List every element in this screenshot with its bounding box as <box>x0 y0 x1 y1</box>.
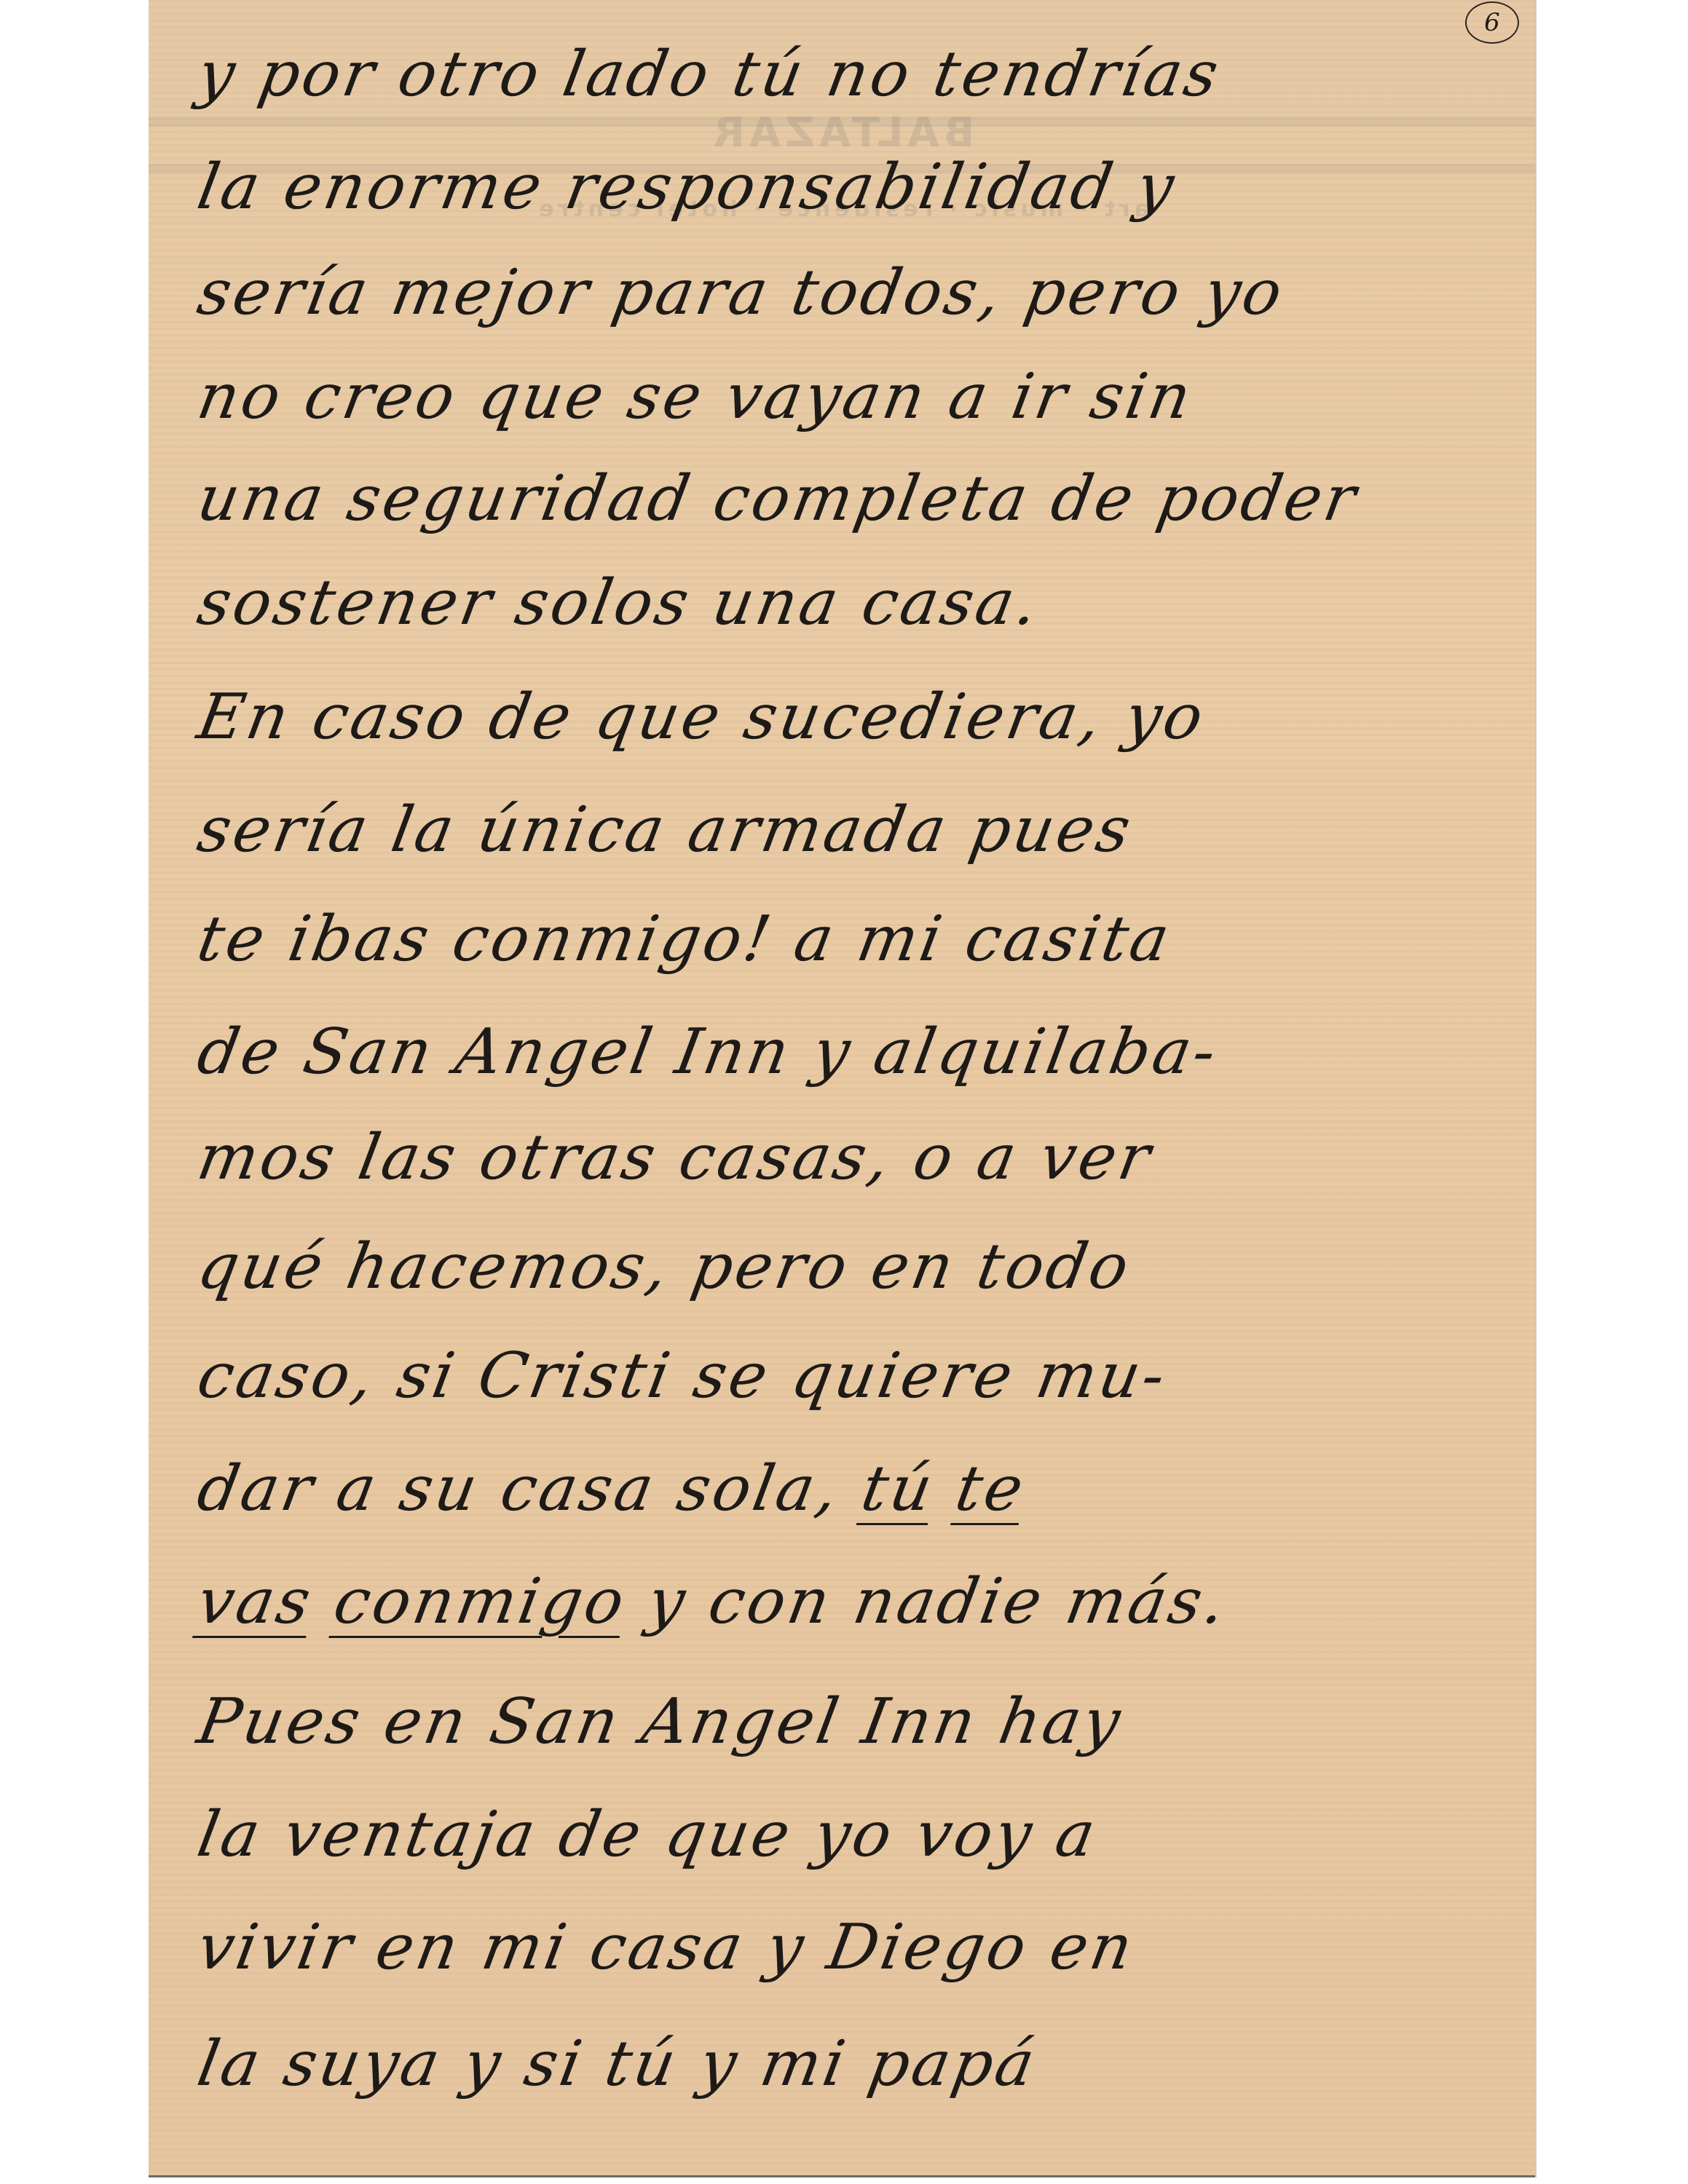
text-segment: y con nadie más. <box>620 1565 1234 1638</box>
text-line: de San Angel Inn y alquilaba- <box>192 1016 1224 1088</box>
text-line: qué hacemos, pero en todo <box>192 1230 1137 1303</box>
handwritten-text: y por otro lado tú no tendrías la enorme… <box>149 0 1535 2175</box>
text-line: una seguridad completa de poder <box>192 462 1364 535</box>
underlined-word: vas <box>192 1565 319 1638</box>
text-line: sería mejor para todos, pero yo <box>192 256 1290 329</box>
text-segment: la enorme responsabilidad y <box>192 151 1182 223</box>
text-line: caso, si Cristi se quiere mu- <box>192 1340 1173 1412</box>
text-segment: mos las otras casas, o a ver <box>192 1121 1159 1194</box>
letter-page: BALTAZAR art · music · residence · hotel… <box>149 0 1535 2177</box>
underlined-word: conmigo <box>328 1565 632 1638</box>
text-segment: sería la única armada pues <box>192 794 1138 866</box>
text-segment: te ibas conmigo! a mi casita <box>192 903 1178 976</box>
underlined-word: tú <box>856 1452 941 1525</box>
text-segment: de San Angel Inn y alquilaba- <box>192 1016 1224 1088</box>
text-line: la ventaja de que yo voy a <box>192 1798 1103 1871</box>
text-line: la enorme responsabilidad y <box>192 151 1182 223</box>
text-segment: la ventaja de que yo voy a <box>192 1798 1103 1871</box>
text-segment: no creo que se vayan a ir sin <box>192 360 1199 433</box>
text-line: mos las otras casas, o a ver <box>192 1121 1159 1194</box>
text-segment: vivir en mi casa y Diego en <box>192 1911 1140 1984</box>
text-segment: Pues en San Angel Inn hay <box>192 1685 1128 1758</box>
text-line: y por otro lado tú no tendrías <box>192 38 1226 111</box>
text-segment: sostener solos una casa. <box>192 566 1046 639</box>
text-segment: y por otro lado tú no tendrías <box>192 38 1226 111</box>
text-segment: dar a su casa sola, <box>192 1452 869 1525</box>
text-segment: una seguridad completa de poder <box>192 462 1364 535</box>
text-line: no creo que se vayan a ir sin <box>192 360 1199 433</box>
text-line: dar a su casa sola, tú te <box>192 1452 1031 1525</box>
text-line: vivir en mi casa y Diego en <box>192 1911 1140 1984</box>
text-line: Pues en San Angel Inn hay <box>192 1685 1128 1758</box>
text-line: En caso de que sucediera, yo <box>192 681 1211 753</box>
text-line: te ibas conmigo! a mi casita <box>192 903 1178 976</box>
text-segment: caso, si Cristi se quiere mu- <box>192 1340 1173 1412</box>
text-segment: la suya y si tú y mi papá <box>192 2027 1043 2100</box>
text-segment: sería mejor para todos, pero yo <box>192 256 1290 329</box>
text-segment: qué hacemos, pero en todo <box>192 1230 1137 1303</box>
text-line: sostener solos una casa. <box>192 566 1046 639</box>
text-line: vas conmigo y con nadie más. <box>192 1565 1234 1638</box>
text-line: la suya y si tú y mi papá <box>192 2027 1043 2100</box>
text-line: sería la única armada pues <box>192 794 1138 866</box>
text-segment: En caso de que sucediera, yo <box>192 681 1211 753</box>
underlined-word: te <box>950 1452 1031 1525</box>
